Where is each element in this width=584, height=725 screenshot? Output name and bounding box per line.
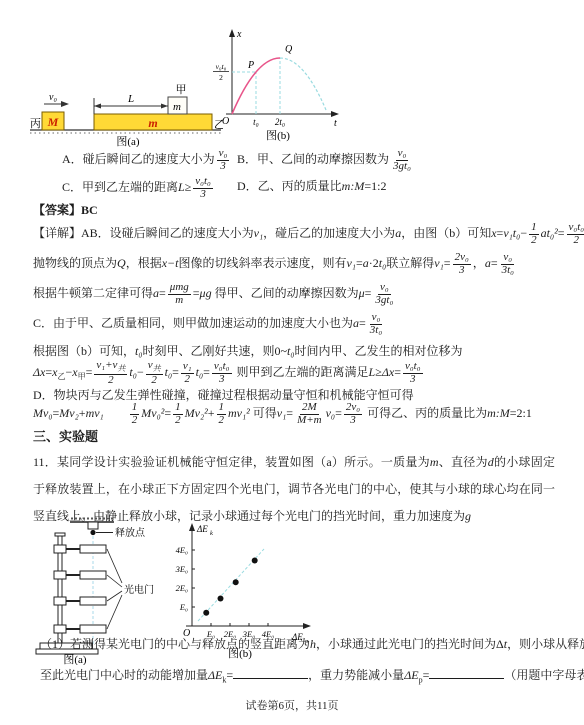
yfrac-numerator: v₀t₀ [216, 62, 227, 71]
fraction: 2v₀3 [344, 402, 362, 426]
math-var: at₀² [541, 226, 558, 240]
scatter-points [203, 557, 257, 615]
math-var: d [488, 455, 494, 469]
math-var: t₀ [379, 256, 387, 270]
explanation-line-8: Mv₀=Mv₂+mv₁ 12Mv₀²=12Mv₂²+12mv₁² 可得v₁=2M… [33, 402, 532, 426]
scatter-x-arrow [303, 623, 311, 629]
figure-a1-caption: 图(a) [116, 135, 140, 147]
math-var: Δx [382, 365, 394, 379]
math-var: Mv₂² [185, 406, 208, 420]
math-var: a [485, 256, 491, 270]
math-var: μ [359, 286, 365, 300]
y-axis-arrow [229, 29, 235, 37]
subscript: 乙 [57, 372, 65, 381]
math-var: mv₁² [228, 406, 250, 420]
explanation-line-4: C．由于甲、乙质量相同，则甲做加速运动的加速度大小也为a=v₀3t₀ [33, 312, 386, 336]
xt-curve-dashed [280, 58, 326, 110]
math-var: m:M [487, 406, 510, 420]
gate-connector-4 [107, 595, 122, 629]
figure-a2-caption: 图(a) [63, 653, 87, 665]
yfrac-denominator: 2 [219, 73, 223, 82]
math-var: m [430, 455, 439, 469]
explanation-line-2: 抛物线的顶点为Q，根据x−t图像的切线斜率表示速度，则有v₁=a·2t₀联立解得… [33, 252, 518, 276]
fraction: v共2 [146, 360, 163, 386]
photogate-2 [54, 571, 106, 579]
figure-b1-caption: 图(b) [266, 129, 290, 142]
option-b: B．甲、乙间的动摩擦因数为v₀3gt₀ [237, 148, 415, 172]
L-arrow-right [161, 104, 168, 109]
fraction: 2v₀3 [453, 252, 471, 276]
v0-arrowhead [61, 101, 69, 107]
fraction: 12 [130, 402, 140, 426]
q1-line: （1）若测得某光电门的中心与释放点的竖直距离为h，小球通过此光电门的挡光时间为Δ… [40, 637, 584, 652]
point-P-label: P [247, 60, 254, 71]
ytick-3: 3E₀ [175, 564, 188, 574]
data-point [252, 557, 258, 563]
origin-label: O [222, 116, 229, 127]
subscript: k [222, 675, 226, 684]
data-point [203, 610, 209, 616]
math-var: a [363, 256, 369, 270]
bing-label: 丙 [30, 117, 41, 130]
block-M-label: M [47, 115, 59, 129]
math-var: t₀ [135, 344, 143, 358]
fraction: 12 [529, 222, 539, 246]
math-var: v₁ [434, 256, 444, 270]
subscript: 共 [117, 364, 125, 373]
math-var: v₁ [277, 406, 287, 420]
L-arrow-left [94, 104, 101, 109]
jia-label: 甲 [176, 83, 187, 96]
fraction: v₀3gt₀ [373, 282, 395, 306]
math-var: v₁ [96, 359, 105, 371]
option-c: C．甲到乙左端的距离L≥v₀t₀3 [62, 176, 215, 200]
answer-blank[interactable] [233, 665, 308, 679]
math-var: t₀ [165, 365, 173, 379]
subscript: 共 [153, 364, 161, 373]
figure-a1-svg: M 丙 v₀ m 乙 m 甲 L 图(a) [28, 50, 223, 147]
photogate-3 [54, 597, 106, 605]
L-label: L [127, 93, 134, 105]
math-var: a [153, 286, 159, 300]
ytick-4: 4E₀ [176, 545, 188, 555]
fraction: v₀3t₀ [500, 252, 516, 276]
explanation-line-3: 根据牛顿第二定律可得a=μmgm=μg 得甲、乙间的动摩擦因数为μ=v₀3gt₀ [33, 282, 397, 306]
math-var: Mv₀² [141, 406, 164, 420]
fraction: 12 [173, 402, 183, 426]
math-var: v₁t₀ [503, 226, 520, 240]
plank-label: m [148, 116, 157, 130]
x-axis-label: t [334, 118, 337, 129]
subscript: 甲 [78, 372, 86, 381]
math-var: g [465, 509, 471, 523]
photogate-1 [54, 545, 106, 553]
page-footer: 试卷第6页，共11页 [0, 697, 584, 713]
y-axis-label: x [236, 29, 242, 40]
section-title: 三、实验题 [33, 429, 98, 445]
answer-line: 【答案】BC [33, 203, 98, 218]
figure-b1-svg: x t O P Q v₀t₀ 2 t₀ 2t₀ 图(b) [212, 24, 344, 142]
math-var: Mv₀ [33, 406, 53, 420]
scatter-ylabel: ΔE [196, 524, 208, 534]
math-var: t₀ [196, 365, 204, 379]
fraction: v₀t₀3 [212, 361, 232, 385]
math-var: x [491, 226, 496, 240]
ytick-2: 2E₀ [176, 583, 188, 593]
data-point [233, 579, 239, 585]
math-var: Mv₂ [59, 406, 79, 420]
exam-page: M 丙 v₀ m 乙 m 甲 L 图(a) [0, 0, 584, 725]
x-axis-arrow [331, 111, 339, 117]
explanation-line-5: 根据图（b）可知，t₀时刻甲、乙刚好共速，则0~t₀时间内甲、乙发生的相对位移为 [33, 344, 463, 359]
fraction: 12 [217, 402, 227, 426]
fraction: v₀t₀3 [403, 361, 423, 385]
option-a: A．碰后瞬间乙的速度大小为v₀3 [62, 148, 231, 172]
math-var: L [178, 180, 185, 194]
subscript: p [419, 675, 423, 684]
figure-a1: M 丙 v₀ m 乙 m 甲 L 图(a) [28, 50, 223, 151]
point-Q-label: Q [285, 44, 293, 55]
math-var: ΔE [208, 668, 222, 682]
figure-b1: x t O P Q v₀t₀ 2 t₀ 2t₀ 图(b) [212, 24, 344, 146]
fraction: μmgm [168, 282, 191, 306]
fraction: v₀3gt₀ [391, 148, 413, 172]
tick-2t0: 2t₀ [275, 117, 285, 127]
math-var: a [395, 226, 401, 240]
ball [90, 530, 95, 535]
fraction: v₁+v共2 [94, 360, 127, 386]
math-var: v₀ [326, 406, 336, 420]
data-point [218, 595, 224, 601]
math-var: x−t [162, 256, 179, 270]
explanation-line-1: 【详解】AB．设碰后瞬间乙的速度大小为v₁，碰后乙的加速度大小为a，由图（b）可… [33, 222, 584, 246]
gate-label: 光电门 [124, 583, 154, 596]
fill-line: 至此光电门中心时的动能增加量ΔEk=，重力势能减小量ΔEp=（用题中字母表示）； [40, 665, 584, 685]
explanation-line-6: Δx=x乙−x甲=v₁+v共2t₀−v共2t₀=v₁2t₀=v₀t₀3 则甲到乙… [33, 360, 425, 386]
math-var: L [369, 365, 376, 379]
math-var: Q [117, 256, 126, 270]
math-var: t₀ [287, 344, 295, 358]
v0-label: v₀ [49, 92, 57, 103]
math-var: h [310, 637, 316, 651]
answer-blank[interactable] [429, 665, 504, 679]
math-var: v₁ [254, 226, 264, 240]
stand-cap [55, 533, 65, 536]
ytick-1: E₀ [179, 602, 188, 612]
math-var: μg [200, 286, 212, 300]
gate-connector-2 [107, 575, 122, 587]
tick-t0: t₀ [253, 117, 259, 127]
option-d: D．乙、丙的质量比m:M=1:2 [237, 179, 386, 194]
math-var: t [504, 637, 507, 651]
fraction: v₁2 [181, 361, 194, 385]
math-var: a [353, 316, 359, 330]
math-var: ΔE [404, 668, 418, 682]
fraction: v₀t₀2 [567, 222, 584, 246]
block-jia-label: m [173, 101, 181, 113]
math-var: Δx [33, 365, 45, 379]
math-var: v₁ [346, 256, 356, 270]
math-var: m:M [342, 179, 365, 193]
photogate-4 [54, 625, 106, 633]
release-device [88, 522, 98, 529]
scatter-y-arrow [189, 523, 195, 531]
gate-connector-1 [107, 549, 122, 583]
scatter-ylabel-sub: k [210, 530, 213, 537]
math-var: mv₁ [86, 406, 104, 420]
release-label: 释放点 [115, 526, 146, 539]
math-var: t₀ [129, 365, 137, 379]
fraction: v₀t₀3 [193, 176, 213, 200]
fraction: v₀3 [217, 148, 230, 172]
fraction: 2MM+m [295, 402, 324, 426]
fraction: v₀3t₀ [368, 312, 384, 336]
